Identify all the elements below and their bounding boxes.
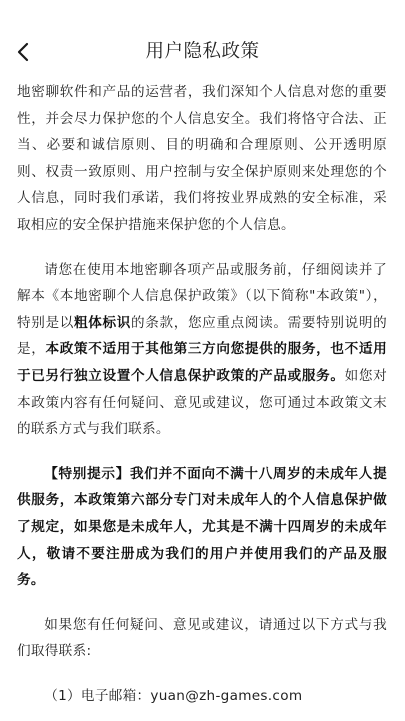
contact-intro-text: 如果您有任何疑问、意见或建议，请通过以下方式与我们取得联系: <box>17 617 387 660</box>
intro-text: 地密聊软件和产品的运营者，我们深知个人信息对您的重要性，并会尽力保护您的个人信息… <box>17 84 387 233</box>
top-nav-bar: 用户隐私政策 <box>0 30 405 74</box>
contact-intro-paragraph: 如果您有任何疑问、意见或建议，请通过以下方式与我们取得联系: <box>17 612 387 665</box>
intro-paragraph: 地密聊软件和产品的运营者，我们深知个人信息对您的重要性，并会尽力保护您的个人信息… <box>17 79 387 239</box>
scroll-indicator <box>0 712 6 718</box>
special-notice-paragraph: 【特别提示】我们并不面向不满十八周岁的未成年人提供服务，本政策第六部分专门对未成… <box>17 461 387 594</box>
reading-notice-paragraph: 请您在使用本地密聊各项产品或服务前，仔细阅读并了解本《本地密聊个人信息保护政策》… <box>17 257 387 443</box>
scope-exclusion-text: 本政策不适用于其他第三方向您提供的服务，也不适用于已另行独立设置个人信息保护政策… <box>17 341 387 384</box>
policy-content[interactable]: 地密聊软件和产品的运营者，我们深知个人信息对您的重要性，并会尽力保护您的个人信息… <box>17 79 387 709</box>
minor-notice-text: 【特别提示】我们并不面向不满十八周岁的未成年人提供服务，本政策第六部分专门对未成… <box>17 466 387 588</box>
contact-email-item: （1）电子邮箱：yuan@zh-games.com <box>17 683 387 710</box>
page-title: 用户隐私政策 <box>0 39 405 65</box>
bold-marker-text: 粗体标识 <box>74 315 131 331</box>
email-label: （1）电子邮箱： <box>44 688 150 704</box>
email-address[interactable]: yuan@zh-games.com <box>150 688 302 704</box>
